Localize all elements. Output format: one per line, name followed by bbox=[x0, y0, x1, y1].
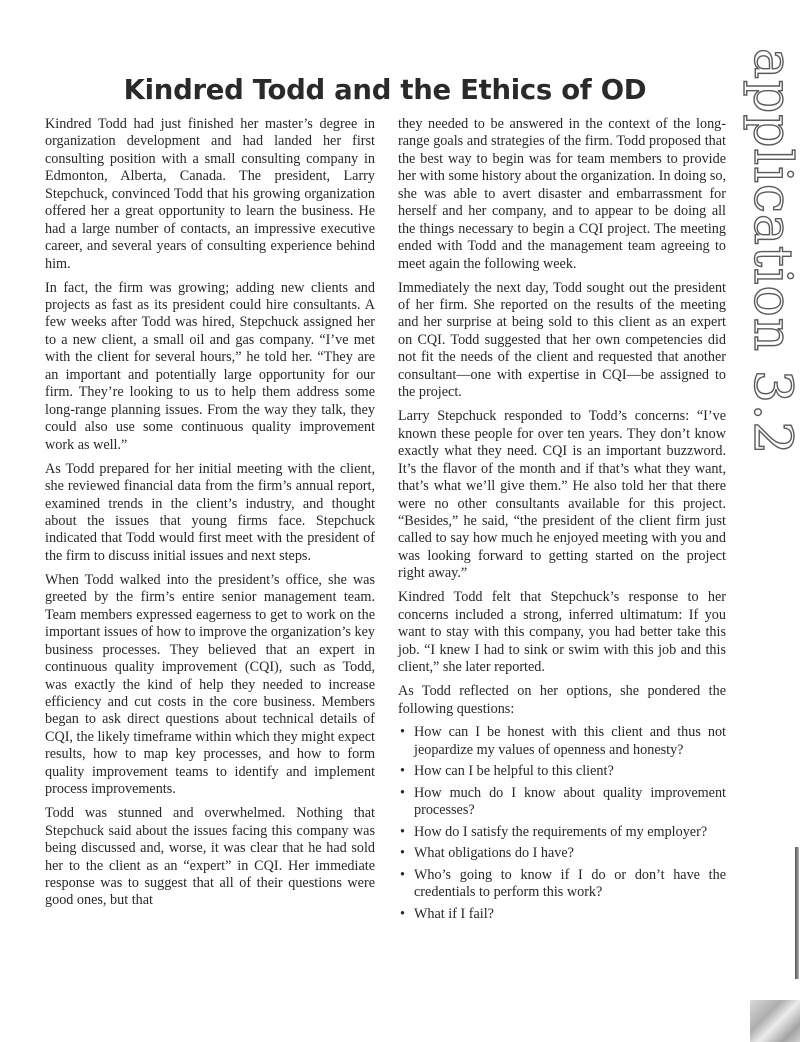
question-text: What if I fail? bbox=[414, 906, 494, 922]
page-edge-marker bbox=[795, 847, 799, 979]
section-label-text: application 3.2 bbox=[742, 48, 800, 456]
left-column: Kindred Todd had just finished her maste… bbox=[45, 116, 375, 916]
question-item: • How much do I know about quality impro… bbox=[398, 785, 726, 820]
page-title: Kindred Todd and the Ethics of OD bbox=[40, 74, 730, 106]
paragraph: they needed to be answered in the contex… bbox=[398, 116, 726, 273]
bullet-icon: • bbox=[400, 845, 405, 862]
bullet-icon: • bbox=[400, 906, 405, 923]
corner-image-fragment bbox=[750, 1000, 800, 1042]
bullet-icon: • bbox=[400, 785, 405, 802]
section-label: application 3.2 bbox=[730, 48, 800, 418]
paragraph: Kindred Todd had just finished her maste… bbox=[45, 116, 375, 273]
question-text: How can I be honest with this client and… bbox=[414, 724, 726, 757]
paragraph: Immediately the next day, Todd sought ou… bbox=[398, 280, 726, 402]
paragraph: As Todd prepared for her initial meeting… bbox=[45, 461, 375, 566]
bullet-icon: • bbox=[400, 763, 405, 780]
paragraph: Todd was stunned and overwhelmed. Nothin… bbox=[45, 805, 375, 910]
paragraph: In fact, the firm was growing; adding ne… bbox=[45, 280, 375, 455]
question-item: • How can I be honest with this client a… bbox=[398, 724, 726, 759]
question-text: How can I be helpful to this client? bbox=[414, 763, 614, 779]
bullet-icon: • bbox=[400, 724, 405, 741]
question-text: Who’s going to know if I do or don’t hav… bbox=[414, 867, 726, 900]
paragraph: Kindred Todd felt that Stepchuck’s respo… bbox=[398, 589, 726, 676]
question-item: • How can I be helpful to this client? bbox=[398, 763, 726, 780]
document-page: Kindred Todd and the Ethics of OD Kindre… bbox=[0, 0, 800, 1042]
question-text: What obligations do I have? bbox=[414, 845, 574, 861]
question-item: • What obligations do I have? bbox=[398, 845, 726, 862]
questions-list: • How can I be honest with this client a… bbox=[398, 724, 726, 923]
question-item: • Who’s going to know if I do or don’t h… bbox=[398, 867, 726, 902]
right-column: they needed to be answered in the contex… bbox=[398, 116, 726, 927]
bullet-icon: • bbox=[400, 824, 405, 841]
question-text: How do I satisfy the requirements of my … bbox=[414, 824, 707, 840]
bullet-icon: • bbox=[400, 867, 405, 884]
question-text: How much do I know about quality improve… bbox=[414, 785, 726, 818]
question-item: • How do I satisfy the requirements of m… bbox=[398, 824, 726, 841]
question-item: • What if I fail? bbox=[398, 906, 726, 923]
paragraph: When Todd walked into the president’s of… bbox=[45, 572, 375, 799]
paragraph: Larry Stepchuck responded to Todd’s conc… bbox=[398, 408, 726, 583]
paragraph: As Todd reflected on her options, she po… bbox=[398, 683, 726, 718]
